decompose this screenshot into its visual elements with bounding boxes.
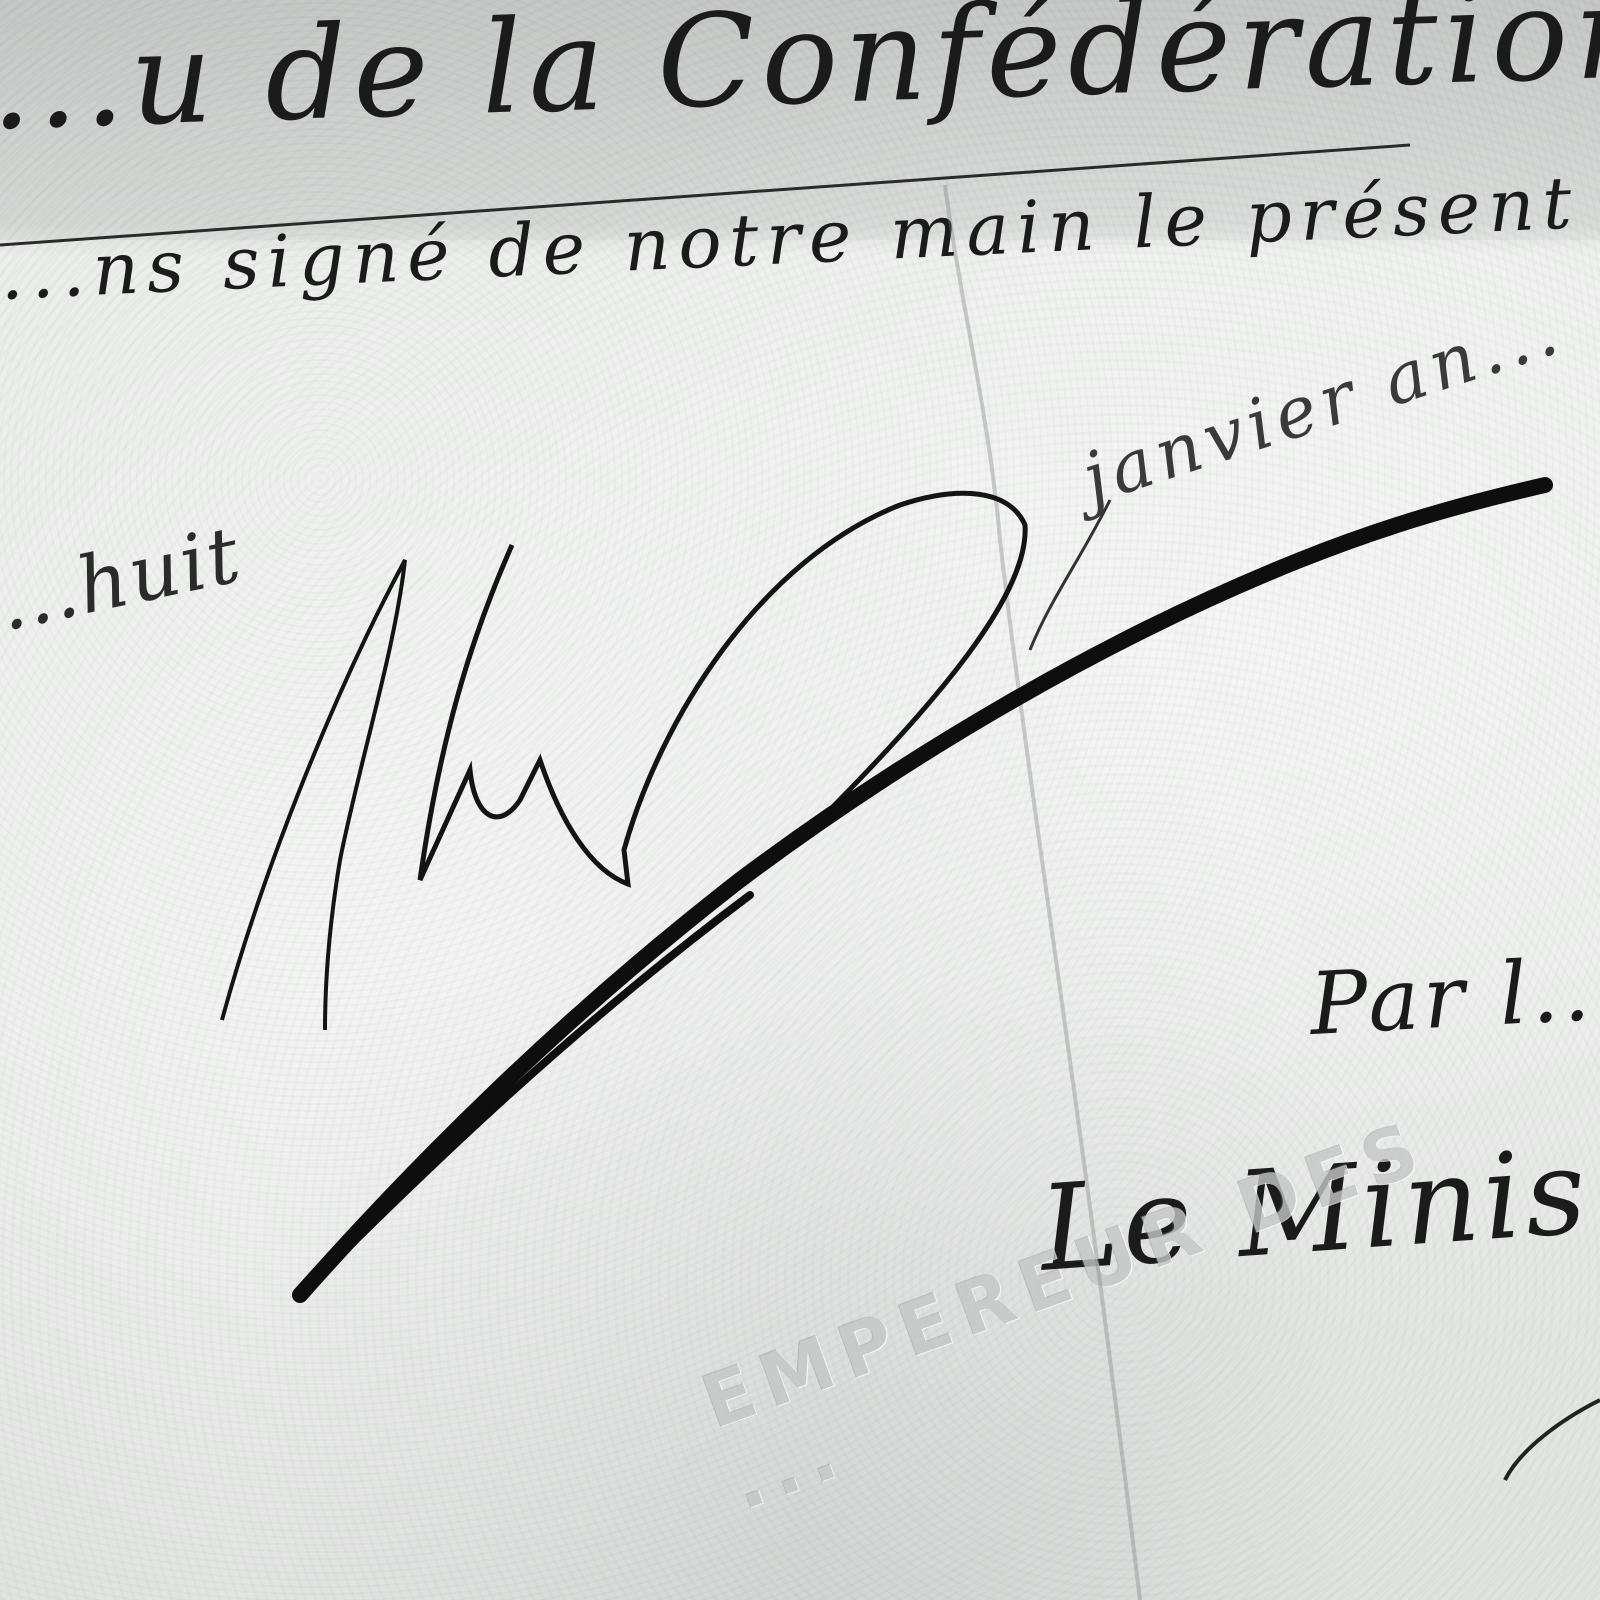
document-photo: ...u de la Confédération Suiss... ...ns …: [0, 0, 1600, 1600]
signature-strokes: [0, 0, 1600, 1600]
signature-stroke-n: [222, 560, 405, 1030]
signature-stroke-ap: [420, 493, 1025, 884]
janvier-tail: [1030, 500, 1110, 650]
partial-letter: [1505, 1400, 1600, 1480]
ruled-line: [0, 145, 1410, 245]
fold-crease: [945, 185, 1140, 1600]
